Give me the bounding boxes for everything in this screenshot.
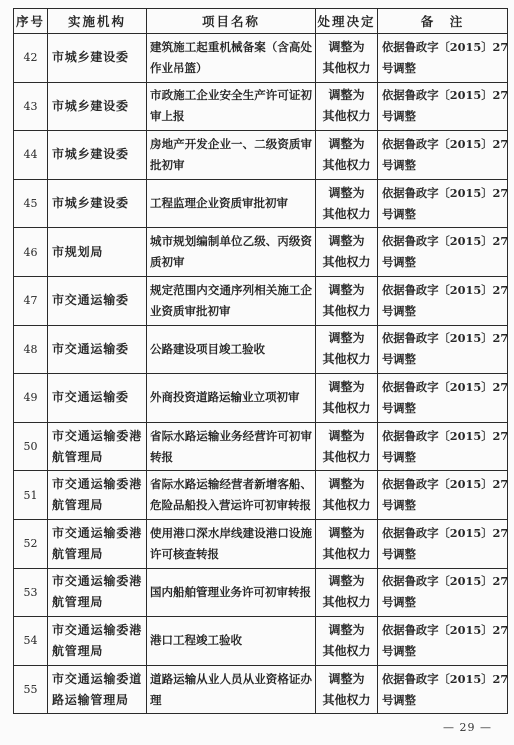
cell-project: 道路运输从业人员从业资格证办理 xyxy=(147,665,316,714)
cell-project: 省际水路运输经营者新增客船、危险品船投入营运许可初审转报 xyxy=(147,471,316,520)
cell-decision: 调整为 其他权力 xyxy=(316,179,378,228)
cell-remark: 依据鲁政字〔2015〕279 号调整 xyxy=(378,568,508,617)
cell-decision: 调整为 其他权力 xyxy=(316,422,378,471)
cell-remark: 依据鲁政字〔2015〕279 号调整 xyxy=(378,131,508,180)
document-page: 序号 实施机构 项目名称 处理决定 备 注 42 市城乡建设委 建筑施工起重机械… xyxy=(0,0,514,745)
col-header-project: 项目名称 xyxy=(147,9,316,34)
table-header: 序号 实施机构 项目名称 处理决定 备 注 xyxy=(14,9,508,34)
cell-serial: 48 xyxy=(14,325,48,374)
decision-line: 调整为 xyxy=(316,280,377,301)
cell-remark: 依据鲁政字〔2015〕279 号调整 xyxy=(378,228,508,277)
remark-line: 依据鲁政字〔2015〕279 xyxy=(382,474,503,495)
cell-decision: 调整为 其他权力 xyxy=(316,325,378,374)
decision-line: 调整为 xyxy=(316,134,377,155)
table-row: 51 市交通运输委港航管理局 省际水路运输经营者新增客船、危险品船投入营运许可初… xyxy=(14,471,508,520)
cell-project: 港口工程竣工验收 xyxy=(147,617,316,666)
table-row: 55 市交通运输委道路运输管理局 道路运输从业人员从业资格证办理 调整为 其他权… xyxy=(14,665,508,714)
table-row: 53 市交通运输委港航管理局 国内船舶管理业务许可初审转报 调整为 其他权力 依… xyxy=(14,568,508,617)
decision-line: 其他权力 xyxy=(316,252,377,273)
cell-serial: 47 xyxy=(14,276,48,325)
remark-line: 依据鲁政字〔2015〕279 xyxy=(382,571,503,592)
cell-project: 工程监理企业资质审批初审 xyxy=(147,179,316,228)
cell-decision: 调整为 其他权力 xyxy=(316,131,378,180)
decision-line: 调整为 xyxy=(316,377,377,398)
cell-project: 建筑施工起重机械备案（含高处作业吊篮） xyxy=(147,34,316,83)
col-header-agency: 实施机构 xyxy=(48,9,147,34)
decision-line: 其他权力 xyxy=(316,495,377,516)
cell-agency: 市城乡建设委 xyxy=(48,34,147,83)
remark-line: 依据鲁政字〔2015〕279 xyxy=(382,669,503,690)
remark-line: 依据鲁政字〔2015〕279 xyxy=(382,523,503,544)
cell-remark: 依据鲁政字〔2015〕279 号调整 xyxy=(378,665,508,714)
cell-decision: 调整为 其他权力 xyxy=(316,228,378,277)
decision-line: 调整为 xyxy=(316,231,377,252)
cell-serial: 50 xyxy=(14,422,48,471)
cell-agency: 市交通运输委港航管理局 xyxy=(48,422,147,471)
col-header-serial: 序号 xyxy=(14,9,48,34)
decision-line: 其他权力 xyxy=(316,447,377,468)
cell-decision: 调整为 其他权力 xyxy=(316,471,378,520)
cell-project: 使用港口深水岸线建设港口设施许可核查转报 xyxy=(147,519,316,568)
remark-line: 号调整 xyxy=(382,155,503,176)
remark-line: 号调整 xyxy=(382,447,503,468)
remark-line: 依据鲁政字〔2015〕279 xyxy=(382,134,503,155)
remark-line: 依据鲁政字〔2015〕279 xyxy=(382,231,503,252)
cell-serial: 46 xyxy=(14,228,48,277)
cell-agency: 市交通运输委港航管理局 xyxy=(48,519,147,568)
cell-serial: 42 xyxy=(14,34,48,83)
cell-project: 外商投资道路运输业立项初审 xyxy=(147,374,316,423)
decision-line: 其他权力 xyxy=(316,301,377,322)
cell-decision: 调整为 其他权力 xyxy=(316,34,378,83)
col-header-decision: 处理决定 xyxy=(316,9,378,34)
cell-serial: 43 xyxy=(14,82,48,131)
decision-line: 调整为 xyxy=(316,85,377,106)
cell-remark: 依据鲁政字〔2015〕279 号调整 xyxy=(378,422,508,471)
cell-agency: 市交通运输委港航管理局 xyxy=(48,471,147,520)
cell-remark: 依据鲁政字〔2015〕279 号调整 xyxy=(378,519,508,568)
table-row: 42 市城乡建设委 建筑施工起重机械备案（含高处作业吊篮） 调整为 其他权力 依… xyxy=(14,34,508,83)
decision-line: 其他权力 xyxy=(316,106,377,127)
remark-line: 依据鲁政字〔2015〕279 xyxy=(382,85,503,106)
table-body: 42 市城乡建设委 建筑施工起重机械备案（含高处作业吊篮） 调整为 其他权力 依… xyxy=(14,34,508,714)
remark-line: 号调整 xyxy=(382,204,503,225)
remark-line: 号调整 xyxy=(382,544,503,565)
cell-agency: 市交通运输委港航管理局 xyxy=(48,617,147,666)
remark-line: 依据鲁政字〔2015〕279 xyxy=(382,37,503,58)
cell-project: 房地产开发企业一、二级资质审批初审 xyxy=(147,131,316,180)
cell-remark: 依据鲁政字〔2015〕277 号调整 xyxy=(378,617,508,666)
table-row: 49 市交通运输委 外商投资道路运输业立项初审 调整为 其他权力 依据鲁政字〔2… xyxy=(14,374,508,423)
cell-serial: 45 xyxy=(14,179,48,228)
col-header-remark: 备 注 xyxy=(378,9,508,34)
table-row: 50 市交通运输委港航管理局 省际水路运输业务经营许可初审转报 调整为 其他权力… xyxy=(14,422,508,471)
remark-line: 号调整 xyxy=(382,690,503,711)
decision-line: 其他权力 xyxy=(316,592,377,613)
cell-project: 公路建设项目竣工验收 xyxy=(147,325,316,374)
decision-line: 调整为 xyxy=(316,37,377,58)
cell-agency: 市交通运输委 xyxy=(48,325,147,374)
remark-line: 依据鲁政字〔2015〕277 xyxy=(382,328,503,349)
decision-line: 其他权力 xyxy=(316,155,377,176)
cell-project: 市政施工企业安全生产许可证初审上报 xyxy=(147,82,316,131)
cell-serial: 49 xyxy=(14,374,48,423)
cell-serial: 55 xyxy=(14,665,48,714)
remark-line: 号调整 xyxy=(382,252,503,273)
cell-agency: 市交通运输委道路运输管理局 xyxy=(48,665,147,714)
cell-decision: 调整为 其他权力 xyxy=(316,82,378,131)
decision-line: 其他权力 xyxy=(316,398,377,419)
remark-line: 号调整 xyxy=(382,58,503,79)
decision-line: 调整为 xyxy=(316,328,377,349)
remark-line: 依据鲁政字〔2015〕279 xyxy=(382,183,503,204)
cell-agency: 市城乡建设委 xyxy=(48,131,147,180)
decision-line: 调整为 xyxy=(316,426,377,447)
remark-line: 号调整 xyxy=(382,301,503,322)
decision-line: 其他权力 xyxy=(316,544,377,565)
cell-serial: 52 xyxy=(14,519,48,568)
cell-decision: 调整为 其他权力 xyxy=(316,617,378,666)
cell-project: 国内船舶管理业务许可初审转报 xyxy=(147,568,316,617)
table-row: 43 市城乡建设委 市政施工企业安全生产许可证初审上报 调整为 其他权力 依据鲁… xyxy=(14,82,508,131)
table-row: 52 市交通运输委港航管理局 使用港口深水岸线建设港口设施许可核查转报 调整为 … xyxy=(14,519,508,568)
document-table: 序号 实施机构 项目名称 处理决定 备 注 42 市城乡建设委 建筑施工起重机械… xyxy=(13,8,508,714)
cell-project: 规定范围内交通序列相关施工企业资质审批初审 xyxy=(147,276,316,325)
remark-line: 依据鲁政字〔2015〕279 xyxy=(382,426,503,447)
decision-line: 调整为 xyxy=(316,523,377,544)
decision-line: 调整为 xyxy=(316,571,377,592)
remark-line: 依据鲁政字〔2015〕279 xyxy=(382,377,503,398)
cell-remark: 依据鲁政字〔2015〕279 号调整 xyxy=(378,82,508,131)
remark-line: 号调整 xyxy=(382,349,503,370)
decision-line: 其他权力 xyxy=(316,690,377,711)
cell-decision: 调整为 其他权力 xyxy=(316,568,378,617)
decision-line: 其他权力 xyxy=(316,641,377,662)
table-row: 54 市交通运输委港航管理局 港口工程竣工验收 调整为 其他权力 依据鲁政字〔2… xyxy=(14,617,508,666)
cell-project: 省际水路运输业务经营许可初审转报 xyxy=(147,422,316,471)
decision-line: 调整为 xyxy=(316,620,377,641)
decision-line: 其他权力 xyxy=(316,349,377,370)
remark-line: 号调整 xyxy=(382,495,503,516)
table-row: 44 市城乡建设委 房地产开发企业一、二级资质审批初审 调整为 其他权力 依据鲁… xyxy=(14,131,508,180)
table-header-row: 序号 实施机构 项目名称 处理决定 备 注 xyxy=(14,9,508,34)
cell-decision: 调整为 其他权力 xyxy=(316,665,378,714)
cell-remark: 依据鲁政字〔2015〕279 号调整 xyxy=(378,374,508,423)
remark-line: 号调整 xyxy=(382,641,503,662)
cell-remark: 依据鲁政字〔2015〕277 号调整 xyxy=(378,325,508,374)
cell-decision: 调整为 其他权力 xyxy=(316,519,378,568)
cell-serial: 54 xyxy=(14,617,48,666)
cell-project: 城市规划编制单位乙级、丙级资质初审 xyxy=(147,228,316,277)
table-row: 48 市交通运输委 公路建设项目竣工验收 调整为 其他权力 依据鲁政字〔2015… xyxy=(14,325,508,374)
cell-agency: 市交通运输委 xyxy=(48,276,147,325)
table-row: 47 市交通运输委 规定范围内交通序列相关施工企业资质审批初审 调整为 其他权力… xyxy=(14,276,508,325)
cell-agency: 市交通运输委港航管理局 xyxy=(48,568,147,617)
decision-line: 调整为 xyxy=(316,183,377,204)
cell-agency: 市规划局 xyxy=(48,228,147,277)
cell-serial: 51 xyxy=(14,471,48,520)
remark-line: 号调整 xyxy=(382,106,503,127)
cell-serial: 44 xyxy=(14,131,48,180)
remark-line: 号调整 xyxy=(382,592,503,613)
decision-line: 其他权力 xyxy=(316,58,377,79)
remark-line: 号调整 xyxy=(382,398,503,419)
cell-remark: 依据鲁政字〔2015〕279 号调整 xyxy=(378,471,508,520)
decision-line: 调整为 xyxy=(316,474,377,495)
cell-serial: 53 xyxy=(14,568,48,617)
cell-remark: 依据鲁政字〔2015〕279 号调整 xyxy=(378,179,508,228)
cell-decision: 调整为 其他权力 xyxy=(316,276,378,325)
cell-remark: 依据鲁政字〔2015〕279 号调整 xyxy=(378,276,508,325)
decision-line: 调整为 xyxy=(316,669,377,690)
remark-line: 依据鲁政字〔2015〕277 xyxy=(382,620,503,641)
cell-remark: 依据鲁政字〔2015〕279 号调整 xyxy=(378,34,508,83)
decision-line: 其他权力 xyxy=(316,204,377,225)
cell-decision: 调整为 其他权力 xyxy=(316,374,378,423)
table-row: 46 市规划局 城市规划编制单位乙级、丙级资质初审 调整为 其他权力 依据鲁政字… xyxy=(14,228,508,277)
cell-agency: 市城乡建设委 xyxy=(48,82,147,131)
cell-agency: 市交通运输委 xyxy=(48,374,147,423)
cell-agency: 市城乡建设委 xyxy=(48,179,147,228)
table-row: 45 市城乡建设委 工程监理企业资质审批初审 调整为 其他权力 依据鲁政字〔20… xyxy=(14,179,508,228)
page-number: — 29 — xyxy=(443,721,492,734)
remark-line: 依据鲁政字〔2015〕279 xyxy=(382,280,503,301)
